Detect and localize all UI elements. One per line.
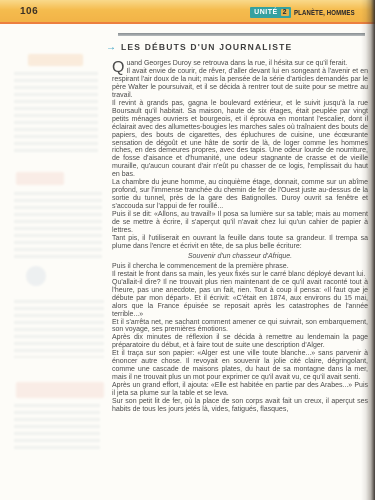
unit-badge-number: 2 bbox=[281, 9, 289, 16]
unit-badge: UNITÉ 2 bbox=[250, 7, 291, 18]
bleedthrough-text-ghost bbox=[14, 404, 100, 452]
article-title-row: → LES DÉBUTS D'UN JOURNALISTE bbox=[106, 42, 368, 52]
unit-header-group: UNITÉ 2 PLANÈTE, HOMMES bbox=[250, 5, 370, 19]
paragraph: Il avait envie de courir, de rêver, d'al… bbox=[112, 68, 368, 100]
arrow-icon: → bbox=[106, 44, 116, 52]
textbook-page: 106 UNITÉ 2 PLANÈTE, HOMMES → LES DÉBUTS… bbox=[0, 0, 375, 500]
unit-title: PLANÈTE, HOMMES bbox=[294, 8, 355, 17]
bleedthrough-title-ghost bbox=[28, 54, 83, 66]
bleedthrough-heading-ghost bbox=[16, 382, 104, 398]
page-header: 106 UNITÉ 2 PLANÈTE, HOMMES bbox=[0, 0, 375, 24]
paragraph: Après un grand effort, il ajouta: «Elle … bbox=[112, 382, 368, 398]
paragraph: Tant pis, il l'utiliserait en ouvrant la… bbox=[112, 235, 368, 251]
paragraph: Qu'allait-il dire? Il ne trouvait plus r… bbox=[112, 279, 368, 319]
bleedthrough-text-ghost bbox=[14, 72, 98, 152]
paragraph: Puis il se dit: «Allons, au travail!» Il… bbox=[112, 211, 368, 235]
article-body: Quand Georges Duroy se retrouva dans la … bbox=[112, 60, 368, 414]
bleedthrough-heading-ghost bbox=[16, 172, 64, 185]
paragraph-opening: Quand Georges Duroy se retrouva dans la … bbox=[112, 60, 368, 68]
drop-cap: Q bbox=[112, 60, 126, 74]
unit-badge-label: UNITÉ bbox=[254, 9, 278, 16]
bleedthrough-icon-ghost bbox=[26, 266, 46, 286]
paragraph: Après dix minutes de réflexion il se déc… bbox=[112, 334, 368, 350]
page-edge-shadow bbox=[361, 0, 375, 500]
paragraph: Puis il chercha le commencement de la pr… bbox=[112, 263, 368, 271]
bleedthrough-text-ghost bbox=[14, 192, 102, 258]
paragraph: Il restait le front dans sa main, les ye… bbox=[112, 271, 368, 279]
article-title: LES DÉBUTS D'UN JOURNALISTE bbox=[121, 42, 292, 52]
paragraph: Et il s'arrêta net, ne sachant comment a… bbox=[112, 319, 368, 335]
page-number: 106 bbox=[20, 6, 38, 17]
bleedthrough-text-ghost bbox=[14, 300, 104, 358]
paragraph: Sur son petit lit de fer, où la place de… bbox=[112, 398, 368, 414]
paragraph: La chambre du jeune homme, au cinquième … bbox=[112, 179, 368, 211]
handwritten-heading-line: Souvenir d'un chasseur d'Afrique. bbox=[112, 253, 368, 261]
paragraph-text: uand Georges Duroy se retrouva dans la r… bbox=[126, 60, 347, 67]
paragraph: Et il traça sur son papier: «Alger est u… bbox=[112, 350, 368, 382]
article-column: → LES DÉBUTS D'UN JOURNALISTE Quand Geor… bbox=[106, 33, 368, 414]
paragraph: Il revint à grands pas, gagna le bouleva… bbox=[112, 100, 368, 180]
section-divider-bar bbox=[118, 33, 365, 36]
